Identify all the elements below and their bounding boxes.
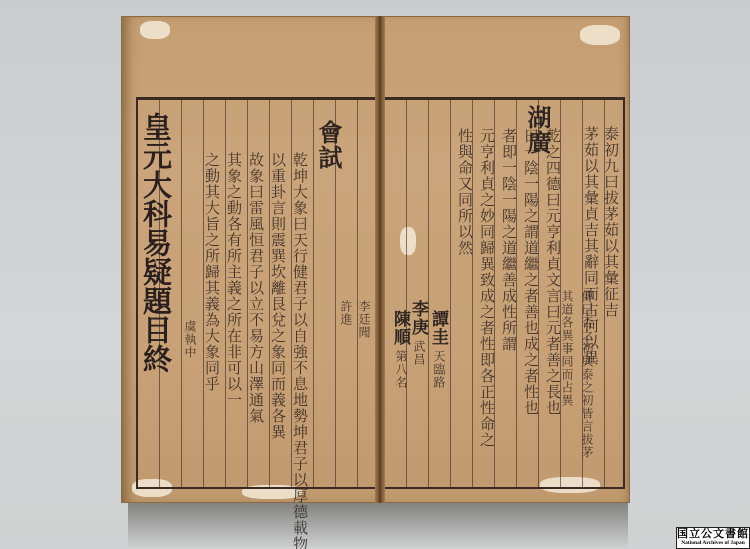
archive-watermark-logo: 国立公文書館 National Archives of Japan — [676, 527, 750, 549]
open-book: 皇元大科易疑題目終 虞執中 之動其大旨之所歸其義為大象同乎 其象之動各有所主義之… — [121, 16, 630, 503]
right-body-column: 泰初九曰拔茅茹以其彙征吉 — [603, 126, 618, 318]
examinee-place: 武昌 — [413, 340, 425, 366]
right-body-column: 茅茹以其彙貞吉其辭同而占何以異 — [583, 126, 598, 366]
left-body-column: 故象曰雷風恒君子以立不易方山澤通氣 — [248, 152, 263, 424]
left-body-column: 以重卦言則震巽坎離艮兌之象同而義各異 — [270, 152, 285, 440]
left-body-column: 其象之動各有所主義之所在非可以一 — [226, 152, 241, 408]
right-body-column: 曰一陰一陽之謂道繼之者善也成之者性也 — [523, 128, 538, 416]
right-body-column: 性與命又同所以然 — [457, 128, 472, 256]
left-body-column: 之動其大旨之所歸其義為大象同乎 — [204, 152, 219, 392]
candidate-note: 虞執中 — [184, 320, 196, 359]
examinee-name: 李庚 — [409, 300, 426, 336]
left-page: 皇元大科易疑題目終 虞執中 之動其大旨之所歸其義為大象同乎 其象之動各有所主義之… — [121, 16, 380, 503]
right-body-column: 者即一陰一陽之道繼善成性所謂 — [501, 128, 516, 352]
examinee-name: 李廷聞 — [358, 300, 370, 339]
right-print-frame: 陳順 第八名 李庚 武昌 譚圭 天臨路 性與命又同所以然 元亨利貞之妙同歸異致成… — [385, 97, 625, 489]
watermark-japanese: 国立公文書館 — [677, 528, 749, 540]
book-shadow — [128, 500, 628, 549]
right-page: 陳順 第八名 李庚 武昌 譚圭 天臨路 性與命又同所以然 元亨利貞之妙同歸異致成… — [380, 16, 630, 503]
section-heading: 會試 — [316, 120, 340, 170]
examinee-place: 天臨路 — [433, 350, 445, 389]
watermark-english: National Archives of Japan — [677, 540, 749, 547]
examinee-rank: 第八名 — [395, 350, 407, 389]
right-body-column: 乾之四德曰元亨利貞文言曰元者善之長也 — [545, 128, 560, 416]
section-heading: 湖廣 — [525, 105, 549, 155]
book-title-column: 皇元大科易疑題目終 — [141, 112, 170, 373]
right-body-column: 元亨利貞之妙同歸異致成之者性即各正性命之 — [479, 128, 494, 448]
examinee-name: 譚圭 — [429, 310, 446, 346]
left-body-column: 乾坤大象曰天行健君子以自強不息地勢坤君子以厚德載物 — [292, 152, 307, 549]
book-spine-gutter — [375, 16, 385, 503]
right-body-column: 其道各異事同而占異 — [561, 290, 573, 407]
examinee-name: 許進 — [340, 300, 352, 326]
examinee-name: 陳順 — [391, 310, 408, 346]
left-print-frame: 皇元大科易疑題目終 虞執中 之動其大旨之所歸其義為大象同乎 其象之動各有所主義之… — [136, 97, 376, 489]
